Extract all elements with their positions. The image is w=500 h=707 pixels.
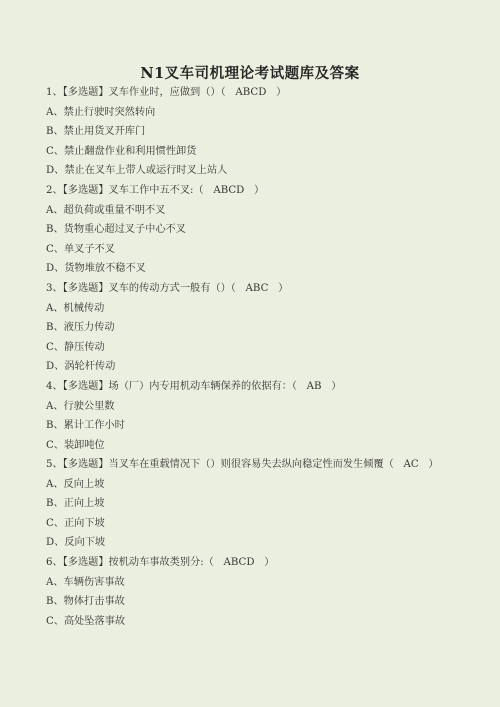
question-3-option-d: D、涡轮杆传动 bbox=[46, 360, 115, 374]
question-6-option-c: C、高处坠落事故 bbox=[46, 615, 125, 629]
question-3-option-c: C、静压传动 bbox=[46, 341, 105, 355]
question-2-stem: 2、【多选题】叉车工作中五不叉:（ ABCD ） bbox=[46, 184, 264, 198]
document-page: N1叉车司机理论考试题库及答案 1、【多选题】叉车作业时，应做到（）（ ABCD… bbox=[0, 0, 500, 707]
question-4-option-b: B、累计工作小时 bbox=[46, 419, 125, 433]
question-3-option-a: A、机械传动 bbox=[46, 302, 104, 316]
question-4-option-c: C、装卸吨位 bbox=[46, 439, 105, 453]
document-title: N1叉车司机理论考试题库及答案 bbox=[0, 62, 500, 83]
question-1-option-a: A、禁止行驶时突然转向 bbox=[46, 106, 155, 120]
question-1-option-b: B、禁止用货叉开库门 bbox=[46, 125, 145, 139]
question-2-option-b: B、货物重心超过叉子中心不叉 bbox=[46, 223, 186, 237]
question-6-option-b: B、物体打击事故 bbox=[46, 595, 125, 609]
question-4-option-a: A、行驶公里数 bbox=[46, 400, 114, 414]
question-5-option-b: B、正向上坡 bbox=[46, 497, 104, 511]
question-3-option-b: B、液压力传动 bbox=[46, 321, 115, 335]
question-1-option-c: C、禁止翻盘作业和利用惯性卸货 bbox=[46, 145, 196, 159]
question-5-option-a: A、反向上坡 bbox=[46, 478, 104, 492]
question-5-option-c: C、正向下坡 bbox=[46, 517, 105, 531]
question-2-option-a: A、超负荷或重量不明不叉 bbox=[46, 204, 165, 218]
question-4-stem: 4、【多选题】场（厂）内专用机动车辆保养的依据有：（ AB ） bbox=[46, 380, 341, 394]
question-2-option-c: C、单叉子不叉 bbox=[46, 243, 115, 257]
question-1-option-d: D、禁止在叉车上带人或运行时叉上站人 bbox=[46, 164, 227, 178]
question-1-stem: 1、【多选题】叉车作业时，应做到（）（ ABCD ） bbox=[46, 86, 286, 100]
question-3-stem: 3、【多选题】叉车的传动方式一般有（）（ ABC ） bbox=[46, 282, 288, 296]
question-5-option-d: D、反向下坡 bbox=[46, 536, 105, 550]
question-6-stem: 6、【多选题】按机动车事故类别分:（ ABCD ） bbox=[46, 556, 274, 570]
question-2-option-d: D、货物堆放不稳不叉 bbox=[46, 262, 146, 276]
question-6-option-a: A、车辆伤害事故 bbox=[46, 576, 125, 590]
question-5-stem: 5、【多选题】当叉车在重载情况下（）则很容易失去纵向稳定性而发生倾覆（ AC ） bbox=[46, 458, 439, 472]
